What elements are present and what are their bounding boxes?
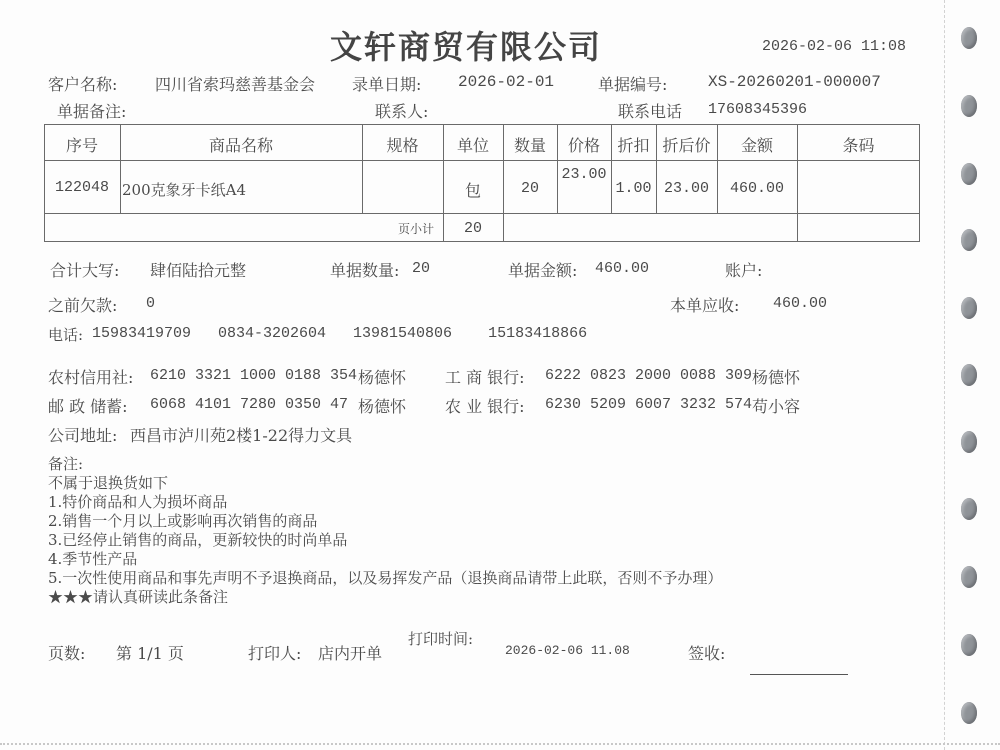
doc-amount-label: 单据金额: bbox=[508, 258, 577, 281]
receivable-label: 本单应收: bbox=[670, 293, 739, 316]
print-datetime: 2026-02-06 11:08 bbox=[762, 38, 906, 55]
row-price: 23.00 bbox=[557, 166, 611, 183]
feed-hole-icon bbox=[961, 431, 977, 453]
col-header-seq: 序号 bbox=[44, 133, 120, 156]
row-unit: 包 bbox=[443, 178, 503, 201]
feed-hole-icon bbox=[961, 27, 977, 49]
total-words: 肆佰陆拾元整 bbox=[150, 258, 246, 281]
bank-holder-icbc: 杨德怀 bbox=[752, 365, 800, 388]
row-product-name: 200克象牙卡纸A4 bbox=[122, 179, 246, 200]
bank-account-icbc: 6222 0823 2000 0088 309 bbox=[545, 367, 752, 384]
sign-label: 签收: bbox=[688, 641, 725, 664]
feed-hole-icon bbox=[961, 297, 977, 319]
print-time-label: 打印时间: bbox=[408, 628, 473, 649]
col-header-net-price: 折后价 bbox=[656, 133, 717, 156]
contact-label: 联系人: bbox=[375, 99, 428, 122]
contact-phone-label: 联系电话 bbox=[618, 99, 682, 122]
address: 西昌市泸川苑2楼1-22得力文具 bbox=[130, 423, 352, 446]
subtotal-qty: 20 bbox=[443, 220, 503, 237]
feed-hole-icon bbox=[961, 95, 977, 117]
paper-bottom-edge bbox=[0, 743, 1000, 745]
phones-label: 电话: bbox=[48, 324, 83, 345]
notes-item-2: 2.销售一个月以上或影响再次销售的商品 bbox=[48, 510, 317, 531]
notes-item-4: 4.季节性产品 bbox=[48, 548, 137, 569]
phones: 15983419709 0834-3202604 13981540806 151… bbox=[92, 325, 587, 342]
printer-label: 打印人: bbox=[248, 641, 301, 664]
doc-no: XS-20260201-000007 bbox=[708, 73, 881, 91]
notes-item-3: 3.已经停止销售的商品，更新较快的时尚单品 bbox=[48, 529, 347, 550]
doc-qty: 20 bbox=[412, 260, 430, 277]
col-header-barcode: 条码 bbox=[797, 133, 920, 156]
bank-account-abc: 6230 5209 6007 3232 574 bbox=[545, 396, 752, 413]
col-header-name: 商品名称 bbox=[120, 133, 362, 156]
col-header-spec: 规格 bbox=[362, 133, 443, 156]
feed-hole-icon bbox=[961, 229, 977, 251]
bank-account-postal: 6068 4101 7280 0350 47 bbox=[150, 396, 348, 413]
doc-no-label: 单据编号: bbox=[598, 72, 667, 95]
row-discount: 1.00 bbox=[611, 180, 656, 197]
print-time: 2026-02-06 11.08 bbox=[505, 643, 630, 658]
bank-holder-postal: 杨德怀 bbox=[358, 394, 406, 417]
bank-label-abc: 农 业 银行: bbox=[445, 394, 525, 417]
address-label: 公司地址: bbox=[48, 423, 117, 446]
receivable: 460.00 bbox=[773, 295, 827, 312]
feed-hole-icon bbox=[961, 566, 977, 588]
account-label: 账户: bbox=[725, 258, 762, 281]
contact-phone: 17608345396 bbox=[708, 101, 807, 118]
entry-date: 2026-02-01 bbox=[458, 73, 554, 91]
subtotal-label: 页小计 bbox=[398, 220, 434, 237]
feed-hole-icon bbox=[961, 634, 977, 656]
perforation-tear-line bbox=[944, 0, 945, 750]
feed-hole-icon bbox=[961, 498, 977, 520]
company-title: 文轩商贸有限公司 bbox=[330, 22, 602, 68]
page-value: 第 1/1 页 bbox=[116, 641, 184, 664]
col-header-qty: 数量 bbox=[503, 133, 557, 156]
row-net-price: 23.00 bbox=[656, 180, 717, 197]
feed-hole-icon bbox=[961, 163, 977, 185]
col-header-price: 价格 bbox=[557, 133, 611, 156]
doc-amount: 460.00 bbox=[595, 260, 649, 277]
notes-warning: ★★★请认真研读此条备注 bbox=[48, 586, 228, 607]
feed-hole-icon bbox=[961, 364, 977, 386]
col-header-discount: 折扣 bbox=[611, 133, 656, 156]
row-qty: 20 bbox=[503, 180, 557, 197]
prev-debt: 0 bbox=[146, 295, 155, 312]
feed-hole-icon bbox=[961, 702, 977, 724]
bank-account-rcc: 6210 3321 1000 0188 354 bbox=[150, 367, 357, 384]
row-seq: 122048 bbox=[44, 179, 120, 196]
entry-date-label: 录单日期: bbox=[352, 72, 421, 95]
page-label: 页数: bbox=[48, 641, 85, 664]
bank-label-icbc: 工 商 银行: bbox=[445, 365, 525, 388]
doc-qty-label: 单据数量: bbox=[330, 258, 399, 281]
notes-item-5: 5.一次性使用商品和事先声明不予退换商品，以及易挥发产品（退换商品请带上此联，否… bbox=[48, 567, 722, 588]
remark-label: 单据备注: bbox=[57, 99, 126, 122]
total-words-label: 合计大写: bbox=[50, 258, 119, 281]
bank-holder-abc: 苟小容 bbox=[752, 394, 800, 417]
printer: 店内开单 bbox=[318, 641, 382, 664]
row-amount: 460.00 bbox=[717, 180, 797, 197]
prev-debt-label: 之前欠款: bbox=[48, 293, 117, 316]
col-header-unit: 单位 bbox=[443, 133, 503, 156]
notes-intro: 不属于退换货如下 bbox=[48, 472, 168, 493]
signature-line bbox=[750, 674, 848, 675]
table-divider bbox=[44, 213, 920, 214]
customer-label: 客户名称: bbox=[48, 72, 117, 95]
table-divider bbox=[44, 160, 920, 161]
bank-holder-rcc: 杨德怀 bbox=[358, 365, 406, 388]
notes-label: 备注: bbox=[48, 453, 83, 474]
bank-label-postal: 邮 政 储蓄: bbox=[48, 394, 128, 417]
notes-item-1: 1.特价商品和人为损坏商品 bbox=[48, 491, 227, 512]
customer-name: 四川省索玛慈善基金会 bbox=[155, 72, 315, 95]
col-header-amount: 金额 bbox=[717, 133, 797, 156]
bank-label-rcc: 农村信用社: bbox=[48, 365, 133, 388]
